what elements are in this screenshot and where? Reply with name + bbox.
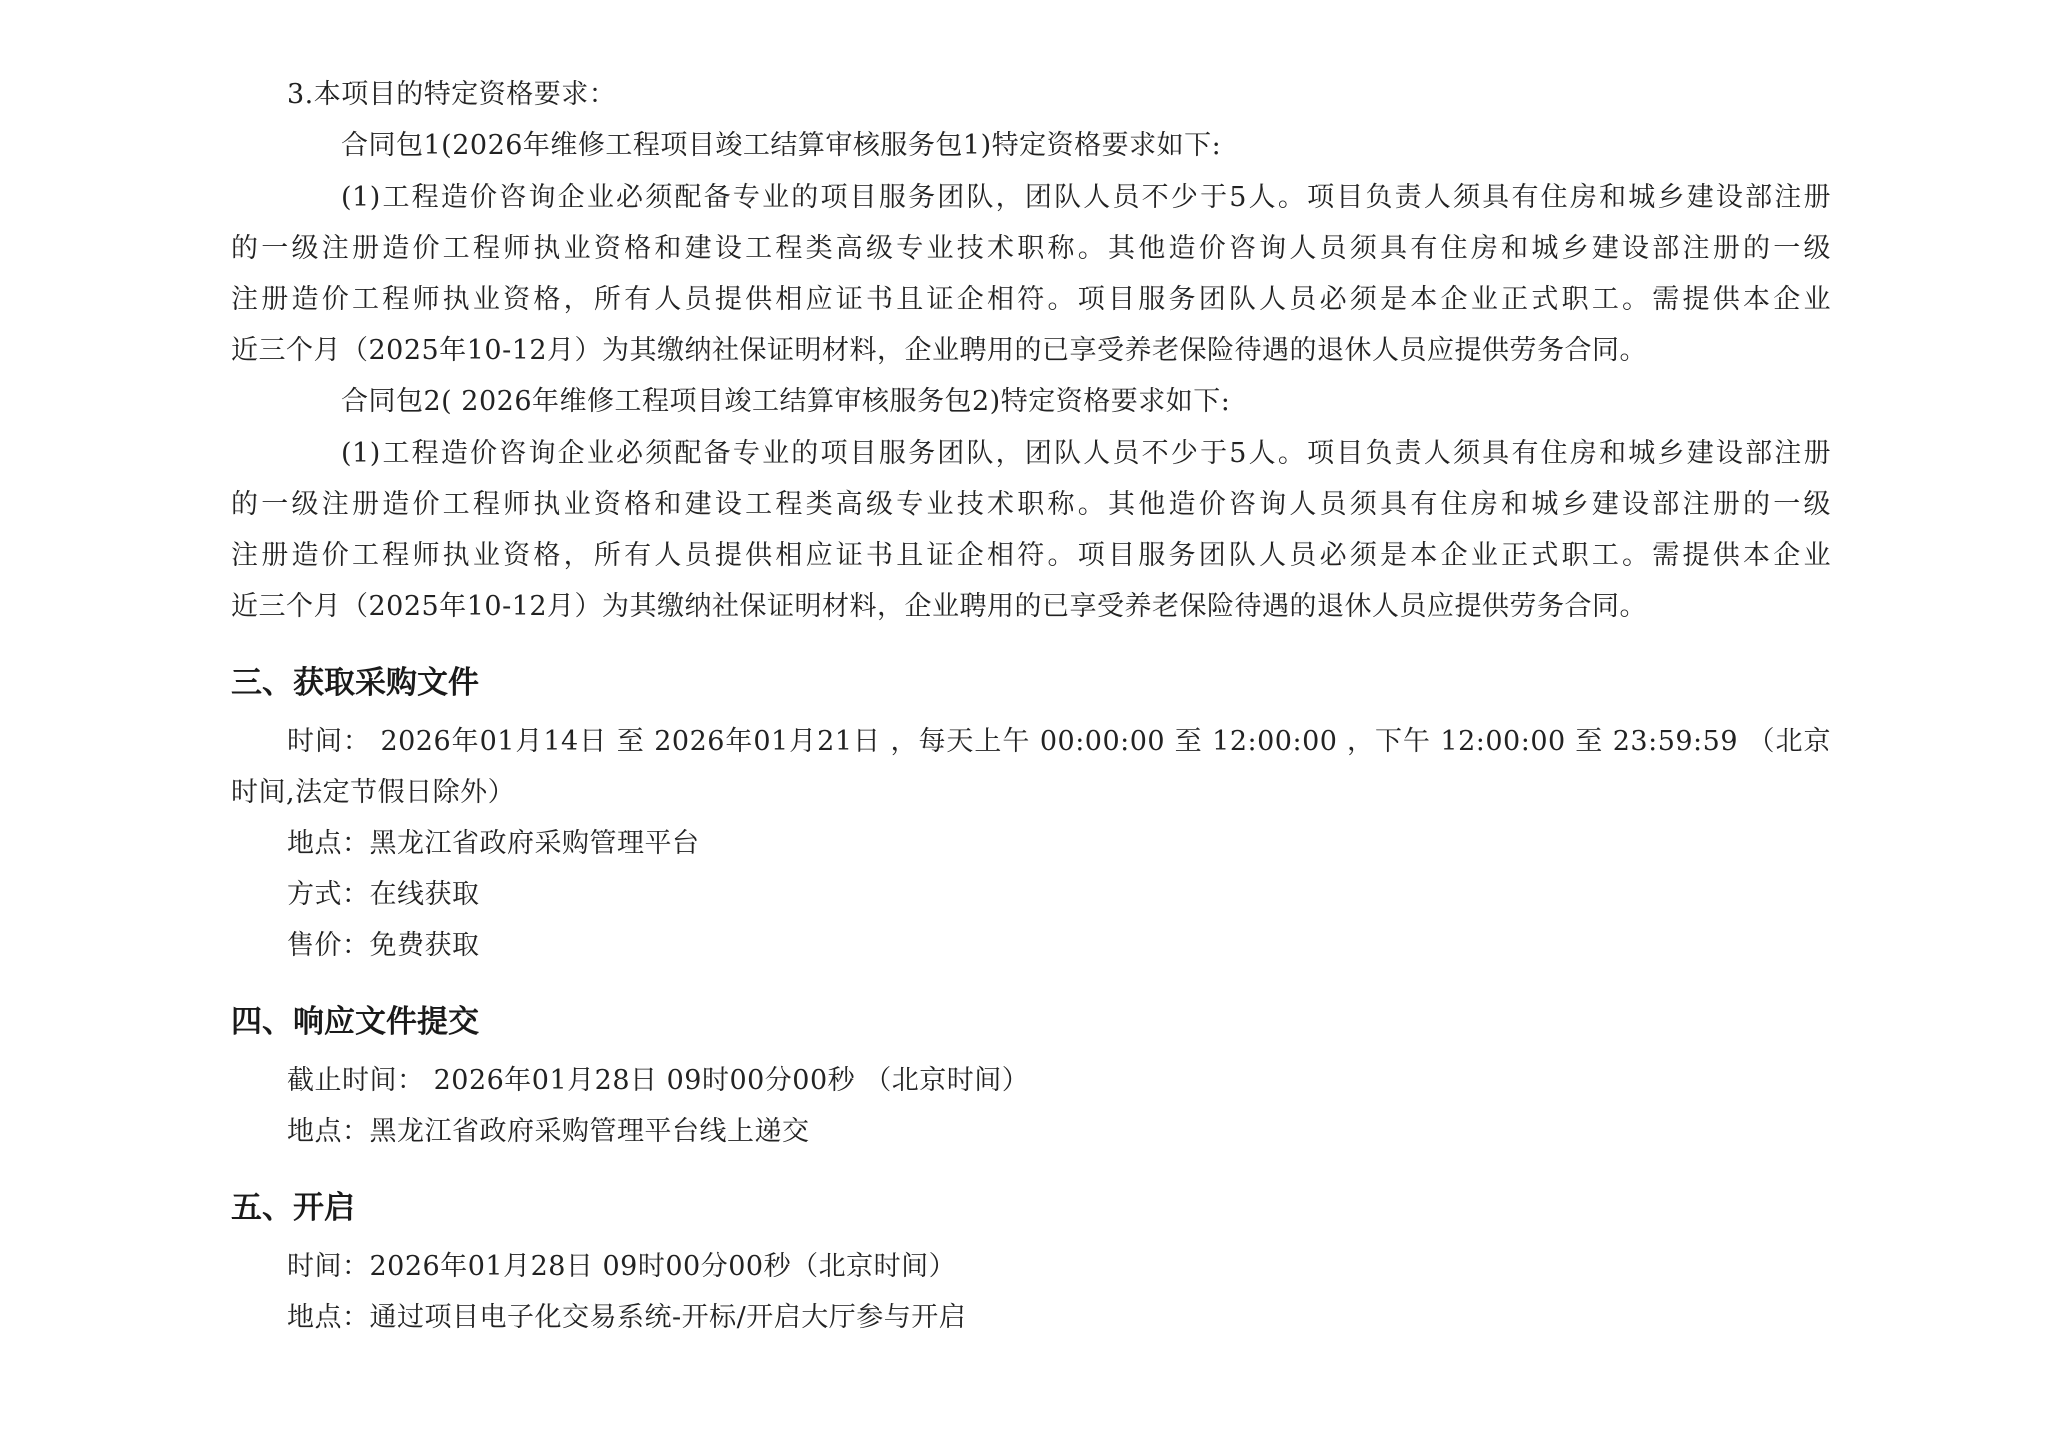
package-2-line-4: 近三个月（2025年10-12月）为其缴纳社保证明材料，企业聘用的已享受养老保险…	[231, 590, 1647, 624]
section-4-deadline: 截止时间： 2026年01月28日 09时00分00秒 （北京时间）	[287, 1064, 1029, 1098]
package-2-line-2: 的一级注册造价工程师执业资格和建设工程类高级专业技术职称。其他造价咨询人员须具有…	[231, 488, 1831, 522]
package-2-header: 合同包2( 2026年维修工程项目竣工结算审核服务包2)特定资格要求如下:	[341, 385, 1230, 419]
package-1-line-4: 近三个月（2025年10-12月）为其缴纳社保证明材料，企业聘用的已享受养老保险…	[231, 334, 1647, 368]
package-2-line-3: 注册造价工程师执业资格，所有人员提供相应证书且证企相符。项目服务团队人员必须是本…	[231, 539, 1831, 573]
section-4-heading: 四、响应文件提交	[231, 1003, 479, 1041]
section-3-method: 方式：在线获取	[287, 878, 480, 912]
section-5-location: 地点：通过项目电子化交易系统-开标/开启大厅参与开启	[287, 1301, 966, 1335]
qualification-title: 3.本项目的特定资格要求：	[287, 78, 616, 112]
package-1-line-3: 注册造价工程师执业资格，所有人员提供相应证书且证企相符。项目服务团队人员必须是本…	[231, 283, 1831, 317]
package-1-line-1: (1)工程造价咨询企业必须配备专业的项目服务团队，团队人员不少于5人。项目负责人…	[341, 181, 1831, 215]
package-1-header: 合同包1(2026年维修工程项目竣工结算审核服务包1)特定资格要求如下:	[341, 129, 1221, 163]
section-3-heading: 三、获取采购文件	[231, 664, 479, 702]
package-2-line-1: (1)工程造价咨询企业必须配备专业的项目服务团队，团队人员不少于5人。项目负责人…	[341, 437, 1831, 471]
section-4-location: 地点：黑龙江省政府采购管理平台线上递交	[287, 1115, 810, 1149]
section-5-time: 时间：2026年01月28日 09时00分00秒（北京时间）	[287, 1250, 956, 1284]
section-3-location: 地点：黑龙江省政府采购管理平台	[287, 827, 700, 861]
package-1-line-2: 的一级注册造价工程师执业资格和建设工程类高级专业技术职称。其他造价咨询人员须具有…	[231, 232, 1831, 266]
section-3-price: 售价：免费获取	[287, 929, 480, 963]
section-3-time-line-1: 时间： 2026年01月14日 至 2026年01月21日 ，每天上午 00:0…	[287, 725, 1831, 759]
section-3-time-line-2: 时间,法定节假日除外）	[231, 776, 515, 810]
section-5-heading: 五、开启	[231, 1189, 355, 1227]
